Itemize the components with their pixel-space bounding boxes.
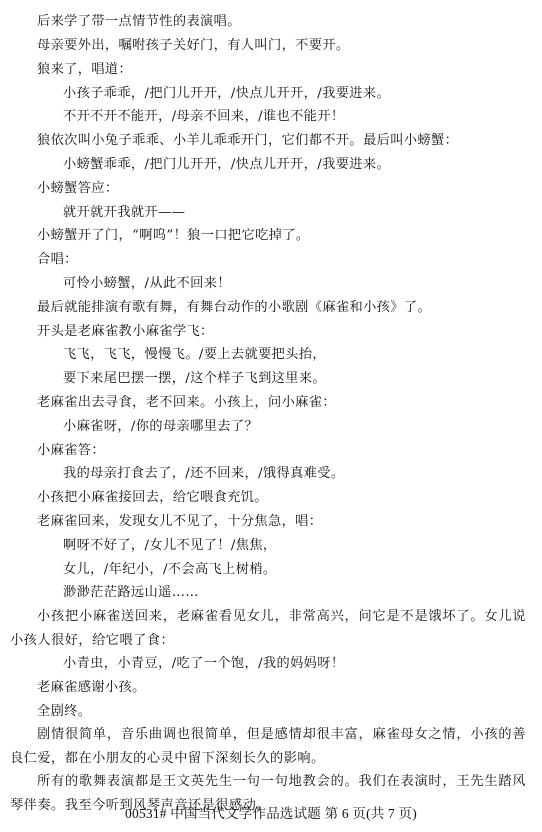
text-line: 狼依次叫小兔子乖乖、小羊儿乖乖开门，它们都不开。最后叫小螃蟹： [37, 133, 458, 149]
text-line: 小麻雀答： [37, 443, 105, 459]
verse-line: 小青虫，小青豆，/吃了一个饱，/我的妈妈呀！ [63, 656, 344, 672]
verse-line: 飞飞，飞飞，慢慢飞。/要上去就要把头抬， [63, 347, 326, 363]
text-line: 全剧终。 [37, 704, 91, 720]
text-line: 小孩把小麻雀接回去，给它喂食充饥。 [37, 490, 268, 506]
verse-line: 小麻雀呀，/你的母亲哪里去了？ [63, 419, 258, 435]
text-line: 开头是老麻雀教小麻雀学飞： [37, 324, 214, 340]
verse-line: 就开就开我就开—— [63, 205, 185, 221]
text-line: 老麻雀出去寻食，老不回来。小孩上，问小麻雀： [37, 395, 336, 411]
paragraph-summary: 剧情很简单，音乐曲调也很简单，但是感情却很丰富，麻雀母女之情，小孩的善良仁爱，都… [10, 723, 526, 770]
verse-line: 小螃蟹乖乖，/把门儿开开，/快点儿开开，/我要进来。 [63, 157, 390, 173]
text-line: 老麻雀感谢小孩。 [37, 680, 146, 696]
text-line: 后来学了带一点情节性的表演唱。 [37, 14, 241, 30]
verse-line: 渺渺茫茫路远山遥…… [63, 585, 199, 601]
verse-line: 啊呀不好了，/女儿不见了！/焦焦， [63, 538, 277, 554]
verse-line: 我的母亲打食去了，/还不回来，/饿得真难受。 [63, 466, 344, 482]
text-line: 老麻雀回来，发现女儿不见了，十分焦急，唱： [37, 514, 322, 530]
verse-line: 小孩子乖乖，/把门儿开开，/快点儿开开，/我要进来。 [63, 86, 390, 102]
text-line: 最后就能排演有歌有舞，有舞台动作的小歌剧《麻雀和小孩》了。 [37, 300, 431, 316]
text-line: 合唱： [37, 252, 78, 268]
paragraph-return: 小孩把小麻雀送回来，老麻雀看见女儿，非常高兴，问它是不是饿坏了。女儿说小孩人很好… [10, 605, 526, 652]
text-line: 母亲要外出，嘱咐孩子关好门，有人叫门，不要开。 [37, 38, 350, 54]
page-footer: 00531# 中国当代文学作品选试题 第 6 页(共 7 页) [0, 806, 542, 822]
text-line: 小螃蟹开了门，“啊呜”！狼一口把它吃掉了。 [37, 228, 309, 244]
exam-page: 后来学了带一点情节性的表演唱。母亲要外出，嘱咐孩子关好门，有人叫门，不要开。狼来… [0, 0, 542, 832]
verse-line: 要下来尾巴摆一摆，/这个样子飞到这里来。 [63, 371, 326, 387]
text-line: 狼来了，唱道： [37, 62, 132, 78]
verse-line: 可怜小螃蟹，/从此不回来！ [63, 276, 231, 292]
text-line: 小螃蟹答应： [37, 181, 119, 197]
verse-line: 不开不开不能开，/母亲不回来，/谁也不能开！ [63, 109, 344, 125]
verse-line: 女儿，/年纪小，/不会高飞上树梢。 [63, 562, 277, 578]
